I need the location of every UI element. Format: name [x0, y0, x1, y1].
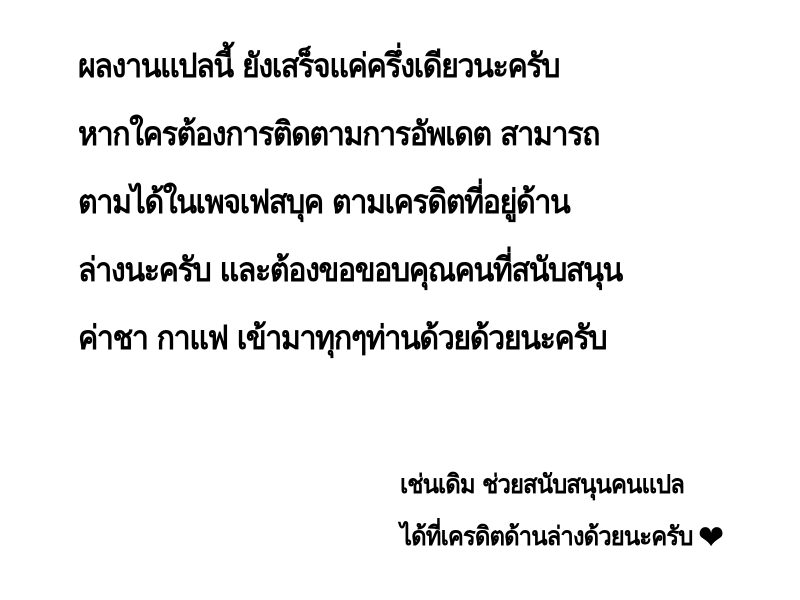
message-line-2: หากใครต้องการติดตามการอัพเดต สามารถ — [78, 106, 622, 174]
support-note-line-1-text: เช่นเดิม ช่วยสนับสนุนคนแปล — [400, 470, 684, 500]
heart-icon: ❤ — [698, 521, 723, 555]
support-note-line-2-text: ได้ที่เครดิตด้านล่างด้วยนะครับ — [400, 522, 692, 552]
support-note-line-2: ได้ที่เครดิตด้านล่างด้วยนะครับ❤ — [400, 514, 723, 566]
support-note: เช่นเดิม ช่วยสนับสนุนคนแปล ได้ที่เครดิตด… — [400, 462, 751, 566]
message-line-1: ผลงานแปลนี้ ยังเสร็จแค่ครึ่งเดียวนะครับ — [78, 38, 622, 106]
message-line-3: ตามได้ในเพจเฟสบุค ตามเครดิตที่อยู่ด้าน — [78, 174, 622, 242]
message-line-5: ค่าชา กาแฟ เข้ามาทุกๆท่านด้วยด้วยนะครับ — [78, 310, 622, 378]
message-line-4: ล่างนะครับ และต้องขอขอบคุณคนที่สนับสนุน — [78, 242, 622, 310]
translator-message: ผลงานแปลนี้ ยังเสร็จแค่ครึ่งเดียวนะครับ … — [78, 38, 669, 378]
support-note-line-1: เช่นเดิม ช่วยสนับสนุนคนแปล — [400, 462, 723, 514]
